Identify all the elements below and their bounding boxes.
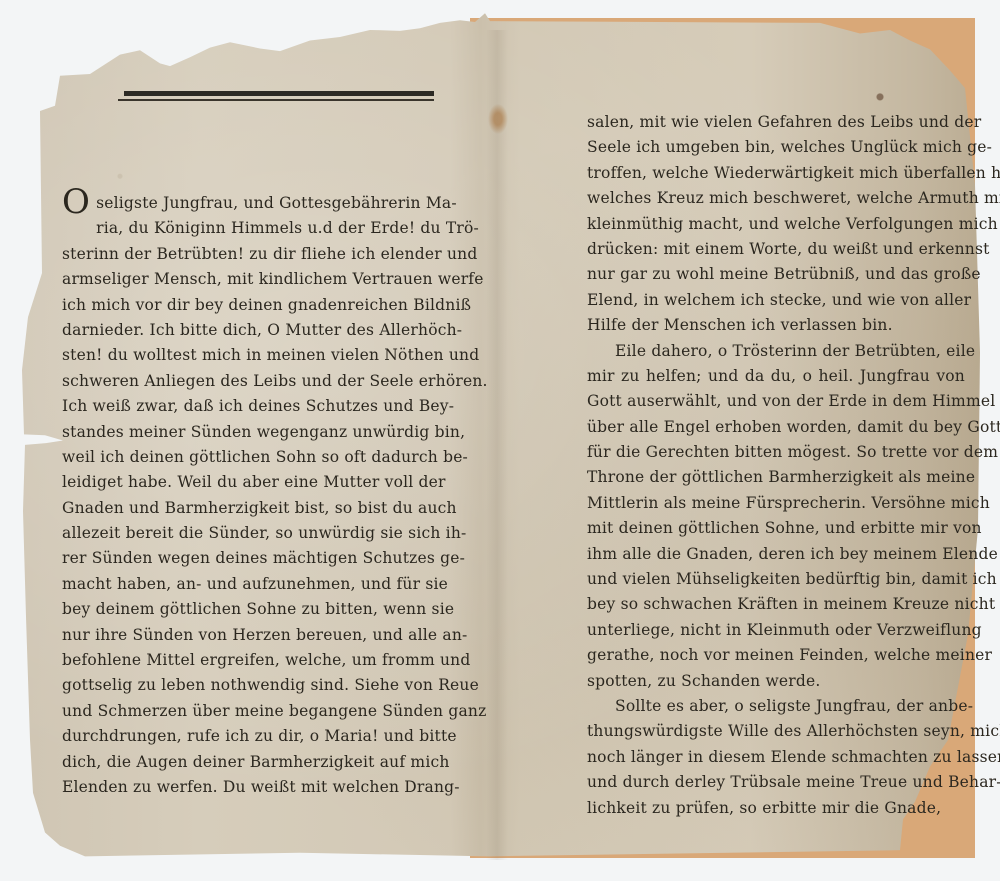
text-line: sten! du wolltest mich in meinen vielen … <box>62 343 440 368</box>
text-line: mit deinen göttlichen Sohne, und erbitte… <box>587 516 965 541</box>
text-line: ria, du Königinn Himmels u.d der Erde! d… <box>62 216 440 241</box>
text-line: sterinn der Betrübten! zu dir fliehe ich… <box>62 242 440 267</box>
text-line: Mittlerin als meine Fürsprecherin. Versö… <box>587 491 965 516</box>
text-line: über alle Engel erhoben worden, damit du… <box>587 415 965 440</box>
left-column: O seligste Jungfrau, und Gottesgebähreri… <box>62 191 440 800</box>
bleed-through-text <box>120 138 440 158</box>
center-fold <box>486 30 508 860</box>
text-line: seligste Jungfrau, und Gottesgebährerin … <box>62 191 440 216</box>
text-line: gerathe, noch vor meinen Feinden, welche… <box>587 643 965 668</box>
text-line: leidiget habe. Weil du aber eine Mutter … <box>62 470 440 495</box>
text-line: schweren Anliegen des Leibs und der Seel… <box>62 369 440 394</box>
text-line: darnieder. Ich bitte dich, O Mutter des … <box>62 318 440 343</box>
text-line: salen, mit wie vielen Gefahren des Leibs… <box>587 110 965 135</box>
drop-cap: O <box>62 187 90 217</box>
text-line: bey so schwachen Kräften in meinem Kreuz… <box>587 592 965 617</box>
text-line: standes meiner Sünden wegenganz unwürdig… <box>62 420 440 445</box>
text-line: und durch derley Trübsale meine Treue un… <box>587 770 965 795</box>
text-line: Gott auserwählt, und von der Erde in dem… <box>587 389 965 414</box>
text-line: und vielen Mühseligkeiten bedürftig bin,… <box>587 567 965 592</box>
text-line: weil ich deinen göttlichen Sohn so oft d… <box>62 445 440 470</box>
text-line: macht haben, an- und aufzunehmen, und fü… <box>62 572 440 597</box>
header-rule-thick <box>124 91 434 96</box>
document-scan: O seligste Jungfrau, und Gottesgebähreri… <box>0 0 1000 881</box>
text-line: welches Kreuz mich beschweret, welche Ar… <box>587 186 965 211</box>
text-line: gottselig zu leben nothwendig sind. Sieh… <box>62 673 440 698</box>
text-line: ihm alle die Gnaden, deren ich bey meine… <box>587 542 965 567</box>
text-line: mir zu helfen; und da du, o heil. Jungfr… <box>587 364 965 389</box>
text-line: nur gar zu wohl meine Betrübniß, und das… <box>587 262 965 287</box>
text-line: allezeit bereit die Sünder, so unwürdig … <box>62 521 440 546</box>
text-line: bey deinem göttlichen Sohne zu bitten, w… <box>62 597 440 622</box>
text-line-paragraph-start: Sollte es aber, o seligste Jungfrau, der… <box>587 694 965 719</box>
text-line: Seele ich umgeben bin, welches Unglück m… <box>587 135 965 160</box>
text-line: Ich weiß zwar, daß ich deines Schutzes u… <box>62 394 440 419</box>
text-line: rer Sünden wegen deines mächtigen Schutz… <box>62 546 440 571</box>
text-line: kleinmüthig macht, und welche Verfolgung… <box>587 212 965 237</box>
text-line: nur ihre Sünden von Herzen bereuen, und … <box>62 623 440 648</box>
text-line-page-end: lichkeit zu prüfen, so erbitte mir die G… <box>587 796 965 821</box>
header-rule <box>124 91 434 101</box>
text-line: drücken: mit einem Worte, du weißt und e… <box>587 237 965 262</box>
header-rule-thin <box>118 99 434 101</box>
text-line: und Schmerzen über meine begangene Sünde… <box>62 699 440 724</box>
text-line-paragraph-end: Hilfe der Menschen ich verlassen bin. <box>587 313 965 338</box>
text-line: dich, die Augen deiner Barmherzigkeit au… <box>62 750 440 775</box>
text-line: ich mich vor dir bey deinen gnadenreiche… <box>62 293 440 318</box>
text-line-paragraph-end: spotten, zu Schanden werde. <box>587 669 965 694</box>
text-line: unterliege, nicht in Kleinmuth oder Verz… <box>587 618 965 643</box>
text-line: Elenden zu werfen. Du weißt mit welchen … <box>62 775 440 800</box>
text-line: Throne der göttlichen Barmherzigkeit als… <box>587 465 965 490</box>
text-line: thungswürdigste Wille des Allerhöchsten … <box>587 719 965 744</box>
text-line: noch länger in diesem Elende schmachten … <box>587 745 965 770</box>
right-column: salen, mit wie vielen Gefahren des Leibs… <box>587 110 965 821</box>
text-line: armseliger Mensch, mit kindlichem Vertra… <box>62 267 440 292</box>
text-line: troffen, welche Wiederwärtigkeit mich üb… <box>587 161 965 186</box>
text-line: befohlene Mittel ergreifen, welche, um f… <box>62 648 440 673</box>
text-line-paragraph-start: Eile dahero, o Trösterinn der Betrübten,… <box>587 339 965 364</box>
text-line: für die Gerechten bitten mögest. So tret… <box>587 440 965 465</box>
text-line: Gnaden und Barmherzigkeit bist, so bist … <box>62 496 440 521</box>
text-line: durchdrungen, rufe ich zu dir, o Maria! … <box>62 724 440 749</box>
text-line: Elend, in welchem ich stecke, und wie vo… <box>587 288 965 313</box>
